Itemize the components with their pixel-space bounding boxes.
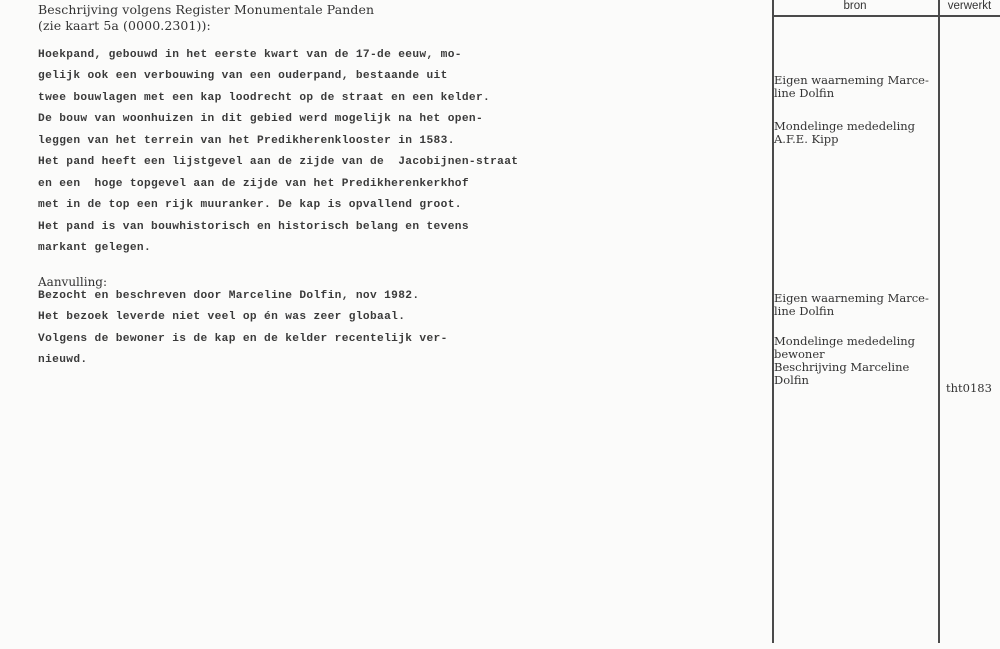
supplement-line: Het bezoek leverde niet veel op én was z…: [38, 311, 405, 323]
description-line: Hoekpand, gebouwd in het eerste kwart va…: [38, 49, 462, 61]
description-line: en een hoge topgevel aan de zijde van he…: [38, 178, 469, 190]
document-page: Beschrijving volgens Register Monumental…: [0, 0, 1000, 649]
description-line: Het pand is van bouwhistorisch en histor…: [38, 221, 469, 233]
description-line: markant gelegen.: [38, 242, 151, 254]
description-line: Het pand heeft een lijstgevel aan de zij…: [38, 156, 518, 168]
heading-line-1: Beschrijving volgens Register Monumental…: [38, 2, 374, 18]
supplement-heading: Aanvulling:: [38, 275, 107, 289]
supplement-line: nieuwd.: [38, 354, 87, 366]
source-entry: Mondelinge mededeling bewoner Beschrijvi…: [774, 335, 939, 387]
document-heading: Beschrijving volgens Register Monumental…: [38, 2, 374, 34]
source-entry: Mondelinge mededeling A.F.E. Kipp: [774, 120, 939, 146]
description-line: De bouw van woonhuizen in dit gebied wer…: [38, 113, 483, 125]
description-line: gelijk ook een verbouwing van een ouderp…: [38, 70, 448, 82]
supplement-line: Volgens de bewoner is de kap en de kelde…: [38, 333, 448, 345]
column-header-verwerkt: verwerkt: [939, 0, 1000, 12]
column-header-bron: bron: [772, 0, 938, 12]
verwerkt-reference: tht0183: [946, 381, 992, 395]
heading-line-2: (zie kaart 5a (0000.2301)):: [38, 18, 374, 34]
source-entry: Eigen waarneming Marce- line Dolfin: [774, 292, 939, 318]
header-rule: [772, 15, 1000, 17]
description-line: twee bouwlagen met een kap loodrecht op …: [38, 92, 490, 104]
description-line: leggen van het terrein van het Predikher…: [38, 135, 455, 147]
supplement-line: Bezocht en beschreven door Marceline Dol…: [38, 290, 419, 302]
description-line: met in de top een rijk muuranker. De kap…: [38, 199, 462, 211]
source-entry: Eigen waarneming Marce- line Dolfin: [774, 74, 939, 100]
